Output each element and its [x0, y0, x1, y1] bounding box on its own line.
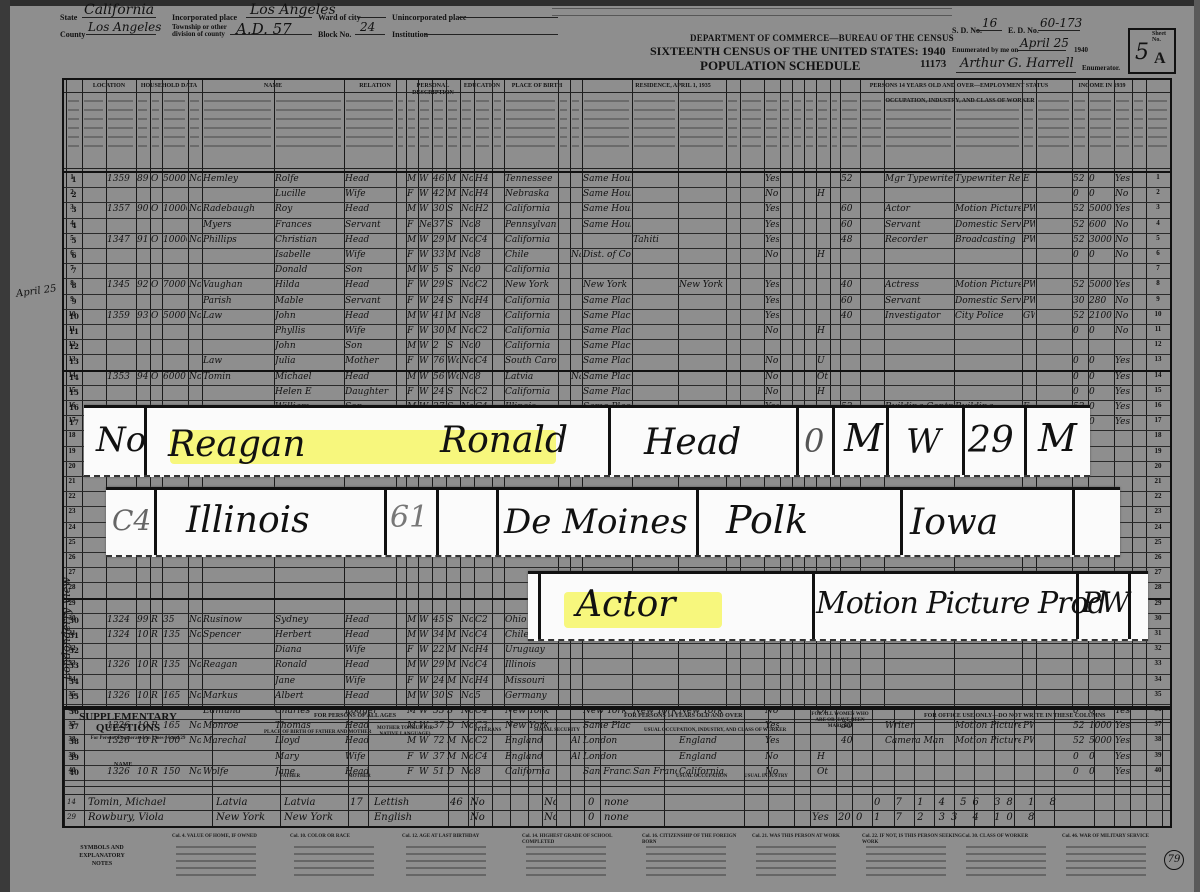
- cell-marital: S: [447, 296, 459, 307]
- cell-res1935: Same Place: [583, 341, 631, 352]
- line-number: 15: [64, 386, 80, 394]
- line-number: 30: [64, 614, 80, 622]
- cell-emp: H: [817, 189, 829, 200]
- cell-grade: H4: [475, 189, 491, 200]
- cell-age: 41: [433, 311, 445, 322]
- supp-cell-name: Rowbury, Viola: [88, 812, 208, 823]
- supp-cell-line: 29: [67, 812, 83, 823]
- cell-other: Yes: [1115, 204, 1131, 215]
- cell-given: Helen E: [275, 387, 343, 398]
- cell-house: 1357: [107, 204, 135, 215]
- cell-house: 1324: [107, 615, 135, 626]
- supp-cell-ss: No: [544, 812, 556, 823]
- county-label: County: [60, 30, 85, 39]
- cell-work: Yes: [765, 296, 779, 307]
- cell-res1935: Same Place: [583, 372, 631, 383]
- cell-relation: Wife: [345, 189, 395, 200]
- note-column: Col. 12. AGE AT LAST BIRTHDAY: [402, 834, 502, 840]
- column-group-header: RESIDENCE, APRIL 1, 1935: [582, 83, 764, 90]
- supp-cell-veteran: No: [470, 797, 490, 808]
- page-number-circle: 79: [1164, 850, 1184, 870]
- cell-age: 56: [433, 372, 445, 383]
- cell-hours: 52: [841, 174, 859, 185]
- cell-school: No: [461, 296, 473, 307]
- line-number: 19: [64, 447, 80, 455]
- cell-value: 5000: [163, 311, 187, 322]
- cell-marital: S: [447, 220, 459, 231]
- cell-occupation: Servant: [885, 296, 953, 307]
- cell-surname: Reagan: [203, 660, 273, 671]
- reagan-name-strip: No Reagan Ronald Head 0 M W 29 M: [84, 405, 1090, 477]
- cell-sex: M: [407, 235, 417, 246]
- line-number: 24: [64, 523, 80, 531]
- race-value: W: [906, 422, 941, 462]
- cell-age: 24: [433, 676, 445, 687]
- cell-work: No: [765, 372, 779, 383]
- cell-own: R: [151, 630, 161, 641]
- veterans-label: VETERANS: [474, 728, 501, 733]
- cell-own: O: [151, 235, 161, 246]
- over-14-label: FOR PERSONS 14 YEARS OLD AND OVER: [624, 713, 742, 719]
- cell-grade: 8: [475, 250, 491, 261]
- supp-cell-tongue: Lettish: [374, 797, 444, 808]
- cell-emp: H: [817, 250, 829, 261]
- column-group-header: LOCATION: [82, 83, 136, 90]
- township-label: Township or other division of county: [172, 24, 232, 38]
- table-row: 351326102R165NoMarkusAlbertHeadMW30SNo5G…: [64, 689, 1170, 704]
- cell-grade: 5: [475, 691, 491, 702]
- line-number: 5: [64, 234, 80, 242]
- line-number: 8: [64, 279, 80, 287]
- line-number: 1: [1150, 173, 1166, 181]
- cell-visit: 101: [137, 660, 149, 671]
- cell-class: PW: [1023, 280, 1035, 291]
- line-number: 15: [1150, 386, 1166, 394]
- cell-school: No: [461, 630, 473, 641]
- cell-weeks: 30: [1073, 296, 1087, 307]
- supp-col-industry: USUAL INDUSTRY: [744, 774, 788, 779]
- line-number: 34: [64, 675, 80, 683]
- state-value: California: [84, 2, 154, 18]
- cell-relation: Wife: [345, 250, 395, 261]
- cell-sex: F: [407, 296, 417, 307]
- sheet-number: 5: [1135, 40, 1149, 65]
- cell-race: W: [419, 265, 431, 276]
- cell-relation: Head: [345, 615, 395, 626]
- cell-marital: M: [447, 311, 459, 322]
- cell-given: Frances: [275, 220, 343, 231]
- cell-work: No: [765, 189, 779, 200]
- cell-res1935-state: New York: [679, 280, 725, 291]
- cell-weeks: 0: [1073, 356, 1087, 367]
- supp-cell-mother: New York: [284, 812, 344, 823]
- cell-race: W: [419, 356, 431, 367]
- column-group-header: HOUSEHOLD DATA: [136, 83, 202, 90]
- cell-industry: Motion Picture Prod: [955, 280, 1021, 291]
- cell-race: W: [419, 235, 431, 246]
- cell-own: R: [151, 691, 161, 702]
- cell-farm: No: [189, 235, 201, 246]
- supp-cell-occupation: none: [604, 797, 662, 808]
- cell-marital: Wd: [447, 356, 459, 367]
- cell-age: 24: [433, 296, 445, 307]
- cell-marital: M: [447, 630, 459, 641]
- cell-school: No: [461, 691, 473, 702]
- supp-cell-ss2: 0: [588, 812, 598, 823]
- unincorporated-place-label: Unincorporated place: [392, 13, 466, 22]
- cell-relation: Servant: [345, 296, 395, 307]
- line-number: 26: [64, 553, 80, 561]
- line-number: 16: [1150, 401, 1166, 409]
- cell-relation: Wife: [345, 326, 395, 337]
- cell-industry: City Police: [955, 311, 1021, 322]
- line-number: 14: [1150, 371, 1166, 379]
- column-group-header: PERSONAL DESCRIPTION: [406, 83, 460, 97]
- cell-sex: F: [407, 645, 417, 656]
- supp-col-name: NAME: [114, 762, 132, 768]
- line-number: 11: [64, 325, 80, 333]
- cell-birthplace: Uruguay: [505, 645, 557, 656]
- cell-value: 135: [163, 630, 187, 641]
- cell-race: W: [419, 280, 431, 291]
- cell-grade: H2: [475, 204, 491, 215]
- cell-marital: S: [447, 615, 459, 626]
- census-sheet: State California County Los Angeles Inco…: [0, 0, 1200, 892]
- line-number: 6: [1150, 249, 1166, 257]
- table-row: 331326101R135NoReaganRonaldHeadMW29MNoC4…: [64, 658, 1170, 673]
- cell-res1935: Same House: [583, 204, 631, 215]
- cell-marital: M: [447, 326, 459, 337]
- cell-farm: No: [189, 174, 201, 185]
- cell-grade: C2: [475, 280, 491, 291]
- supp-cell-tongue: English: [374, 812, 444, 823]
- cell-industry: Domestic Service: [955, 220, 1021, 231]
- cell-surname: Parish: [203, 296, 273, 307]
- table-row: 11PhyllisWifeFW30MNoC2CaliforniaSame Pla…: [64, 324, 1170, 339]
- line-number: 21: [64, 477, 80, 485]
- cell-given: Michael: [275, 372, 343, 383]
- cell-age: 76: [433, 356, 445, 367]
- supp-cell-veteran: No: [470, 812, 490, 823]
- cell-birthplace: California: [505, 265, 557, 276]
- incorporated-place-label: Incorporated place: [172, 13, 237, 22]
- cell-grade: C2: [475, 387, 491, 398]
- line-number: 33: [1150, 659, 1166, 667]
- ed-value: 60-173: [1040, 16, 1082, 30]
- cell-hours: 60: [841, 220, 859, 231]
- table-row: 34JaneWifeFW24MNoH4Missouri: [64, 674, 1170, 689]
- line-number: 31: [1150, 629, 1166, 637]
- cell-relation: Head: [345, 235, 395, 246]
- cell-own: R: [151, 615, 161, 626]
- cell-res1935: Same House: [583, 174, 631, 185]
- cell-other: Yes: [1115, 174, 1131, 185]
- cell-class: GW: [1023, 311, 1035, 322]
- cell-weeks: 52: [1073, 220, 1087, 231]
- supp-cell-married-more: Yes: [812, 812, 834, 823]
- cell-race: W: [419, 204, 431, 215]
- cell-house: 1345: [107, 280, 135, 291]
- cell-given: Ronald: [275, 660, 343, 671]
- line-number: 2: [64, 188, 80, 196]
- cell-res1935: Same Place: [583, 356, 631, 367]
- cell-value: 7000: [163, 280, 187, 291]
- cell-work: Yes: [765, 204, 779, 215]
- note-column: Col. 21. WAS THIS PERSON AT WORK: [752, 834, 852, 840]
- scan-edge-left: [0, 0, 10, 892]
- cell-age: 42: [433, 189, 445, 200]
- cell-birthplace: Latvia: [505, 372, 557, 383]
- supp-cell-code2: 46: [450, 797, 466, 808]
- sheet-side: A: [1154, 50, 1166, 68]
- line-number: 17: [1150, 416, 1166, 424]
- cell-visit: 90: [137, 204, 149, 215]
- cell-age: 22: [433, 645, 445, 656]
- line-number: 29: [64, 599, 80, 607]
- cell-house: 1347: [107, 235, 135, 246]
- cell-marital: S: [447, 204, 459, 215]
- line-number: 16: [64, 401, 80, 409]
- cell-given: Hilda: [275, 280, 343, 291]
- cell-surname: Spencer: [203, 630, 273, 641]
- cell-race: W: [419, 174, 431, 185]
- cell-surname: Law: [203, 311, 273, 322]
- cell-farm: No: [189, 615, 201, 626]
- line-number: 11: [1150, 325, 1166, 333]
- cell-grade: 0: [475, 341, 491, 352]
- women-married-label: FOR ALL WOMEN WHO ARE OR HAVE BEEN MARRI…: [810, 712, 870, 730]
- cell-birthplace: California: [505, 387, 557, 398]
- cell-race: W: [419, 341, 431, 352]
- cell-relation: Son: [345, 265, 395, 276]
- cell-industry: Broadcasting: [955, 235, 1021, 246]
- cell-marital: M: [447, 235, 459, 246]
- cell-relation: Daughter: [345, 387, 395, 398]
- cell-value: 5000: [163, 174, 187, 185]
- supp-cell-occupation: none: [604, 812, 662, 823]
- cell-age: 29: [433, 660, 445, 671]
- cell-surname: Vaughan: [203, 280, 273, 291]
- line-number: 32: [64, 644, 80, 652]
- cell-race: W: [419, 296, 431, 307]
- state-label: State: [60, 13, 77, 22]
- cell-res1935: Same Place: [583, 311, 631, 322]
- line-number: 9: [64, 295, 80, 303]
- birthplace-value: Illinois: [186, 500, 310, 541]
- cell-age: 5: [433, 265, 445, 276]
- residence-city-value: De Moines: [504, 502, 688, 542]
- cell-sex: F: [407, 280, 417, 291]
- residence-county-value: Polk: [726, 498, 808, 542]
- cell-marital: M: [447, 645, 459, 656]
- mother-tongue-label: MOTHER TONGUE (OR NATIVE LANGUAGE): [370, 726, 440, 738]
- supp-cell-code: 17: [350, 797, 366, 808]
- cell-farm: No: [189, 660, 201, 671]
- given-name-value: Ronald: [440, 420, 568, 461]
- cell-grade: C4: [475, 356, 491, 367]
- cell-school: No: [461, 387, 473, 398]
- cell-emp: H: [817, 387, 829, 398]
- cell-citizenship: Na: [571, 372, 581, 383]
- line-number: 6: [64, 249, 80, 257]
- cell-industry: Motion Pictures: [955, 204, 1021, 215]
- supp-col-occupation: USUAL OCCUPATION: [676, 774, 727, 779]
- census-title: SIXTEENTH CENSUS OF THE UNITED STATES: 1…: [650, 44, 946, 59]
- cell-value: 6000: [163, 372, 187, 383]
- cell-income: 0: [1089, 402, 1113, 413]
- cell-relation: Son: [345, 341, 395, 352]
- cell-weeks: 52: [1073, 204, 1087, 215]
- cell-birthplace: Illinois: [505, 660, 557, 671]
- line-number: 28: [1150, 583, 1166, 591]
- relation-code: 0: [804, 422, 824, 460]
- supp-cell-father: Latvia: [216, 797, 276, 808]
- cell-marital: M: [447, 189, 459, 200]
- cell-given: John: [275, 311, 343, 322]
- cell-age: 33: [433, 250, 445, 261]
- column-group-header: PLACE OF BIRTH: [504, 83, 570, 90]
- cell-age: 29: [433, 235, 445, 246]
- cell-weeks: 52: [1073, 280, 1087, 291]
- cell-occupation: Actress: [885, 280, 953, 291]
- cell-school: No: [461, 615, 473, 626]
- cell-farm: No: [189, 280, 201, 291]
- line-number: 19: [1150, 447, 1166, 455]
- cell-grade: 0: [475, 265, 491, 276]
- line-number: 35: [1150, 690, 1166, 698]
- cell-other: Yes: [1115, 372, 1131, 383]
- cell-value: 135: [163, 660, 187, 671]
- line-number: 30: [1150, 614, 1166, 622]
- cell-hours: 48: [841, 235, 859, 246]
- cell-given: Rolfe: [275, 174, 343, 185]
- cell-house: 1359: [107, 174, 135, 185]
- cell-res1935: Same House: [583, 220, 631, 231]
- supp-cell-ss2: 0: [588, 797, 598, 808]
- cell-school: No: [461, 341, 473, 352]
- cell-work: No: [765, 356, 779, 367]
- cell-relation: Head: [345, 174, 395, 185]
- cell-marital: S: [447, 341, 459, 352]
- cell-marital: S: [447, 691, 459, 702]
- cell-school: No: [461, 265, 473, 276]
- cell-res1935: New York: [583, 280, 631, 291]
- cell-work: Yes: [765, 235, 779, 246]
- cell-sex: F: [407, 676, 417, 687]
- cell-weeks: 52: [1073, 235, 1087, 246]
- cell-res1935-city: Tahiti: [633, 235, 677, 246]
- cell-surname: Radebaugh: [203, 204, 273, 215]
- cell-school: No: [461, 189, 473, 200]
- supp-cell-office: 1 7 2 33 4 10 8: [874, 812, 1094, 823]
- cell-age: 30: [433, 326, 445, 337]
- cell-grade: 8: [475, 220, 491, 231]
- line-number: 18: [1150, 431, 1166, 439]
- cell-sex: M: [407, 341, 417, 352]
- cell-farm: No: [189, 372, 201, 383]
- cell-surname: Tomin: [203, 372, 273, 383]
- cell-visit: 102: [137, 691, 149, 702]
- cell-grade: C4: [475, 660, 491, 671]
- institution-label: Institution: [392, 30, 428, 39]
- cell-work: No: [765, 387, 779, 398]
- cell-income: 280: [1089, 296, 1113, 307]
- birthplace-code: 61: [390, 500, 428, 535]
- line-number: 35: [64, 690, 80, 698]
- line-number: 33: [64, 659, 80, 667]
- cell-other: No: [1115, 250, 1131, 261]
- cell-school: No: [461, 372, 473, 383]
- cell-hours: 60: [841, 204, 859, 215]
- cell-income: 0: [1089, 174, 1113, 185]
- farm-value: No: [96, 420, 146, 460]
- table-row: 1135989O5000NoHemleyRolfeHeadMW46MNoH4Te…: [64, 172, 1170, 187]
- line-number: 25: [64, 538, 80, 546]
- cell-sex: M: [407, 311, 417, 322]
- table-row: 13LawJuliaMotherFW76WdNoC4South Carolina…: [64, 354, 1170, 369]
- table-row: 5134791O10000NoPhillipsChristianHeadMW29…: [64, 233, 1170, 248]
- note-column: Col. 4. VALUE OF HOME, IF OWNED: [172, 834, 272, 840]
- cell-sex: M: [407, 691, 417, 702]
- line-number: 24: [1150, 523, 1166, 531]
- cell-grade: H4: [475, 296, 491, 307]
- supp-cell-name: Tomin, Michael: [88, 797, 208, 808]
- cell-age: 37: [433, 220, 445, 231]
- stamp-number: 11173: [920, 58, 946, 70]
- cell-marital: S: [447, 387, 459, 398]
- cell-own: O: [151, 280, 161, 291]
- cell-birthplace: California: [505, 326, 557, 337]
- line-number: 3: [1150, 203, 1166, 211]
- cell-relation: Head: [345, 311, 395, 322]
- table-row: 4MyersFrancesServantFNeg37SNo8Pennsylvan…: [64, 218, 1170, 233]
- cell-house: 1353: [107, 372, 135, 383]
- cell-sex: F: [407, 189, 417, 200]
- cell-visit: 92: [137, 280, 149, 291]
- note-column: Col. 46. WAR OF MILITARY SERVICE: [1062, 834, 1162, 840]
- cell-given: Albert: [275, 691, 343, 702]
- cell-age: 46: [433, 174, 445, 185]
- cell-work: Yes: [765, 174, 779, 185]
- cell-given: John: [275, 341, 343, 352]
- cell-school: No: [461, 204, 473, 215]
- supp-cell-line: 14: [67, 797, 83, 808]
- cell-res1935: Same Place: [583, 387, 631, 398]
- cell-relation: Head: [345, 204, 395, 215]
- cell-birthplace: Tennessee: [505, 174, 557, 185]
- line-number: 34: [1150, 675, 1166, 683]
- cell-race: W: [419, 250, 431, 261]
- cell-work: Yes: [765, 220, 779, 231]
- explanatory-notes: SYMBOLS AND EXPLANATORY NOTES Col. 4. VA…: [62, 830, 1172, 885]
- cell-birthplace: California: [505, 235, 557, 246]
- cell-income: 5000+: [1089, 280, 1113, 291]
- cell-income: 0: [1089, 417, 1113, 428]
- cell-given: Isabelle: [275, 250, 343, 261]
- note-column: Col. 30. CLASS OF WORKER: [962, 834, 1062, 840]
- cell-race: W: [419, 372, 431, 383]
- line-number: 29: [1150, 599, 1166, 607]
- cell-race: W: [419, 326, 431, 337]
- cell-work: No: [765, 250, 779, 261]
- cell-other: No: [1115, 296, 1131, 307]
- enumerator-label: Enumerator.: [1082, 64, 1120, 72]
- relation-value: Head: [644, 422, 741, 463]
- cell-given: Mable: [275, 296, 343, 307]
- schedule-title: POPULATION SCHEDULE: [700, 58, 860, 74]
- enumerator-signature: Arthur G. Harrell: [960, 56, 1074, 71]
- cell-marital: S: [447, 265, 459, 276]
